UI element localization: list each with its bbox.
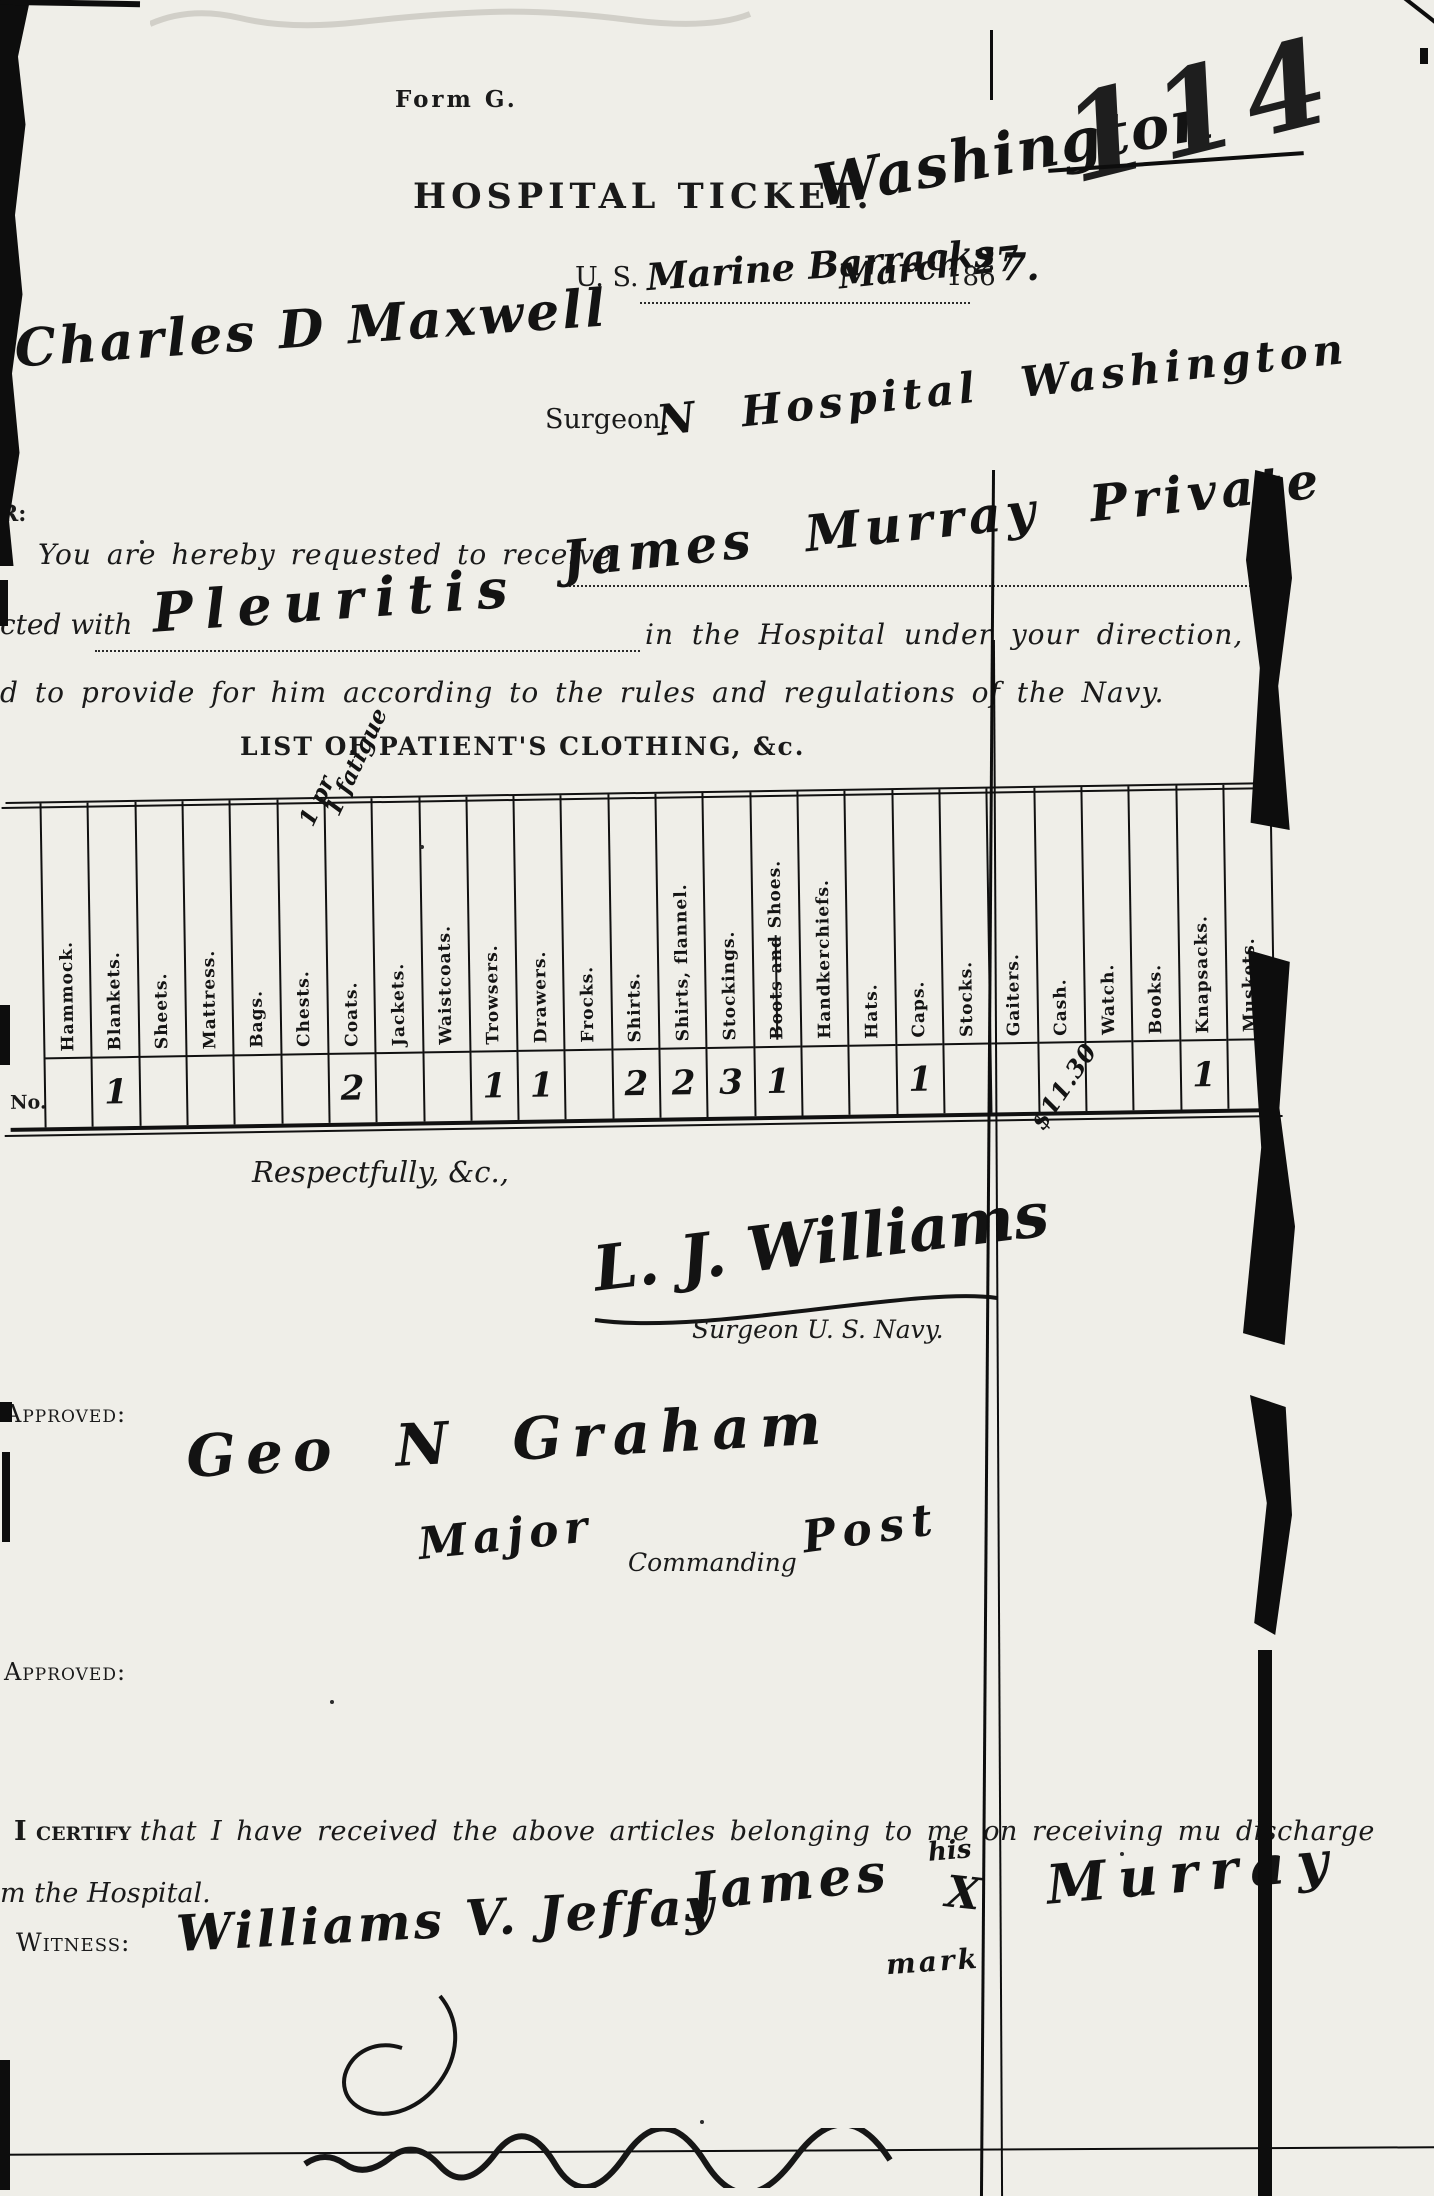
clothing-column-hammock: Hammock. (40, 803, 92, 1128)
patient-name-handwritten: James Murray Private (559, 450, 1326, 589)
year-printed: 186 (946, 262, 996, 292)
clothing-column-boots-and-shoes: Boots and Shoes.1 (749, 792, 801, 1117)
table-row-label: No. (10, 1091, 47, 1114)
scan-speckle (140, 540, 144, 544)
column-value (944, 1045, 990, 1114)
column-value (802, 1047, 848, 1116)
column-header: Bags. (231, 800, 280, 1057)
column-header: Watch. (1082, 786, 1131, 1043)
column-header: Frocks. (562, 795, 611, 1052)
mark-symbol-handwritten: X (943, 1866, 982, 1920)
binding-shadow-bar (1250, 1395, 1292, 1635)
clothing-column-bags: Bags. (229, 800, 281, 1125)
clothing-column-caps: Caps.1 (891, 789, 943, 1114)
clothing-column-shirts: Shirts.2 (607, 794, 659, 1119)
edge-mark (0, 580, 8, 626)
column-value (566, 1050, 612, 1119)
diagnosis-fill-line (95, 650, 640, 652)
clothing-column-handkerchiefs: Handkerchiefs. (796, 791, 848, 1116)
column-value (282, 1055, 328, 1124)
mark-handwritten: mark (885, 1942, 981, 1981)
clothing-column-frocks: Frocks. (560, 795, 612, 1120)
clothing-column-stocks: Stocks. (938, 789, 990, 1114)
column-value: 1 (519, 1051, 565, 1120)
clothing-column-coats: Coats.2 (323, 798, 375, 1123)
binding-shadow-bar (1246, 470, 1292, 830)
clothing-table-columns: Hammock.Blankets.1Sheets.Mattress.Bags.C… (40, 784, 1277, 1127)
clothing-column-stockings: Stockings.3 (702, 792, 754, 1117)
column-value (377, 1053, 423, 1122)
clothing-column-books: Books. (1128, 786, 1180, 1111)
surgeon-label: Surgeon. (545, 404, 669, 435)
ticket-number-handwritten: 114 (1049, 9, 1351, 211)
coats-note-line2: 1 fatigue (319, 704, 392, 820)
approved-label-2: Approved: (4, 1658, 126, 1686)
page-edge-line (990, 30, 993, 100)
column-header: Waistcoats. (420, 797, 469, 1054)
column-value (140, 1057, 186, 1126)
column-header: Stocks. (940, 789, 989, 1046)
scan-speckle (330, 1700, 334, 1704)
clothing-table: No. Hammock.Blankets.1Sheets.Mattress.Ba… (5, 782, 1276, 1132)
witness-flourish (290, 1990, 510, 2150)
certify-prefix: I certify (14, 1816, 131, 1847)
column-value (992, 1044, 1038, 1113)
column-header: Sheets. (136, 801, 185, 1058)
torn-edge-left (0, 0, 30, 566)
column-header: Hammock. (42, 803, 91, 1060)
column-header: Shirts, flannel. (657, 793, 706, 1050)
clothing-column-blankets: Blankets.1 (87, 802, 139, 1127)
column-value: 2 (613, 1050, 659, 1119)
bottom-scribble (300, 2128, 1060, 2188)
column-value: 1 (755, 1048, 801, 1117)
column-value (1134, 1042, 1180, 1111)
witness-label: Witness: (16, 1928, 130, 1957)
column-header: Chests. (278, 799, 327, 1056)
approved-label-1: Approved: (4, 1400, 126, 1428)
his-handwritten: his (927, 1834, 973, 1868)
column-header: Handkerchiefs. (798, 791, 847, 1048)
edge-mark (0, 2060, 10, 2190)
column-header: Shirts. (609, 794, 658, 1051)
bleedthrough-marks (150, 0, 770, 44)
column-header: Jackets. (373, 797, 422, 1054)
surgeon-title: Surgeon U. S. Navy. (692, 1315, 944, 1344)
column-header: Blankets. (89, 802, 138, 1059)
column-value: 2 (661, 1049, 707, 1118)
corner-mark (1420, 48, 1428, 64)
corner-mark (1379, 0, 1434, 30)
column-header: Stockings. (704, 792, 753, 1049)
edge-mark (0, 1402, 12, 1422)
clothing-column-cash: Cash.$11.30 (1033, 787, 1085, 1112)
clothing-column-drawers: Drawers.1 (513, 795, 565, 1120)
scan-speckle (420, 845, 424, 849)
column-header: Trowsers. (467, 796, 516, 1053)
year-digit-handwritten: 7. (1000, 244, 1040, 289)
scan-speckle (1120, 1852, 1124, 1856)
column-value (424, 1053, 470, 1122)
column-value: 1 (1181, 1041, 1227, 1110)
column-value (187, 1056, 233, 1125)
station-fill-line (640, 302, 970, 304)
binding-shadow-bar (1258, 1650, 1272, 2196)
scan-speckle (905, 690, 910, 695)
column-value (46, 1059, 92, 1128)
approver-signature-handwritten: Geo N Graham (185, 1389, 833, 1491)
witness-signature-handwritten: Williams V. Jeffay (175, 1876, 718, 1963)
affected-fragment: cted with (0, 608, 133, 641)
column-value: 3 (708, 1048, 754, 1117)
clothing-column-waistcoats: Waistcoats. (418, 797, 470, 1122)
column-value: 1 (897, 1045, 943, 1114)
column-header: Hats. (846, 790, 895, 1047)
column-header: Knapsacks. (1177, 785, 1226, 1042)
column-header: Mattress. (183, 800, 232, 1057)
column-value: 2 (329, 1054, 375, 1123)
commanding-label: Commanding (628, 1548, 797, 1577)
document-title: HOSPITAL TICKET. (413, 176, 874, 217)
column-value (850, 1046, 896, 1115)
clothing-list-heading: LIST OF PATIENT'S CLOTHING, &c. (240, 732, 805, 761)
approver-rank-handwritten: Major (416, 1501, 596, 1570)
column-value: $11.30 (1039, 1043, 1085, 1112)
clothing-column-mattress: Mattress. (181, 800, 233, 1125)
column-value: 1 (471, 1052, 517, 1121)
clothing-column-chests: Chests. (276, 799, 328, 1124)
column-header: Caps. (893, 789, 942, 1046)
request-line: You are hereby requested to receive (38, 538, 613, 571)
edge-mark (0, 1005, 10, 1065)
patient-first-name-handwritten: James (687, 1842, 893, 1924)
column-value (235, 1056, 281, 1125)
surgeon-assignment-handwritten: N Hospital Washington (654, 324, 1350, 445)
form-label: Form G. (395, 86, 518, 113)
post-handwritten: Post (799, 1494, 943, 1564)
column-header: Cash. (1035, 787, 1084, 1044)
column-header: Books. (1130, 786, 1179, 1043)
clothing-column-sheets: Sheets. (134, 801, 186, 1126)
scan-speckle (700, 2120, 704, 2124)
clothing-column-jackets: Jackets. (371, 797, 423, 1122)
column-header: Boots and Shoes. (751, 792, 800, 1049)
column-header: Drawers. (515, 795, 564, 1052)
clothing-column-hats: Hats. (844, 790, 896, 1115)
clothing-column-shirts-flannel: Shirts, flannel.2 (655, 793, 707, 1118)
hospital-clause: in the Hospital under your direction, (645, 618, 1243, 651)
clothing-column-trowsers: Trowsers.1 (465, 796, 517, 1121)
clothing-column-knapsacks: Knapsacks.1 (1175, 785, 1227, 1110)
column-header: Coats. (325, 798, 374, 1055)
column-value: 1 (93, 1058, 139, 1127)
patient-fill-line (560, 585, 1275, 587)
table-row-label-cell: No. (6, 803, 45, 1127)
edge-mark (2, 1452, 10, 1542)
addressee-name-handwritten: Charles D Maxwell (13, 277, 610, 379)
scanned-hospital-ticket: Form G. HOSPITAL TICKET. Washington 114 … (0, 0, 1434, 2196)
respectfully-closing: Respectfully, &c., (252, 1155, 509, 1189)
